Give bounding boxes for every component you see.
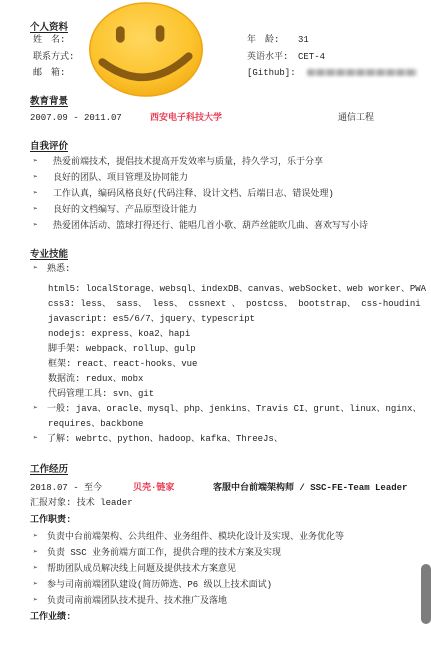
experience-company: 贝壳·链家 <box>133 482 174 494</box>
skills-line-dataflow: 数据流: redux、mobx <box>48 373 143 385</box>
label-contact: 联系方式: <box>33 51 74 63</box>
bullet-icon: ➢ <box>33 595 38 607</box>
smiley-face-emoji <box>87 1 205 98</box>
github-link-redacted[interactable] <box>307 69 417 76</box>
value-age: 31 <box>298 34 309 46</box>
resume-page: 个人资料 姓 名: 联系方式: 邮 箱: 年 龄: 31 英语水平: CET-4… <box>0 0 431 647</box>
skills-line-nodejs: nodejs: express、koa2、hapi <box>48 328 190 340</box>
bullet-icon: ➢ <box>33 220 38 232</box>
scrollbar-thumb[interactable] <box>421 564 431 624</box>
self-eval-item: 热爱团体活动、篮球打得还行、能唱几首小歌、葫芦丝能吹几曲、喜欢写写小诗 <box>53 220 368 232</box>
bullet-icon: ➢ <box>33 156 38 168</box>
duty-item: 帮助团队成员解决线上问题及提供技术方案意见 <box>47 563 236 575</box>
bullet-icon: ➢ <box>33 403 38 415</box>
skills-line-javascript: javascript: es5/6/7、jquery、typescript <box>48 313 255 325</box>
self-eval-item: 良好的文档编写、产品原型设计能力 <box>53 204 197 216</box>
label-name: 姓 名: <box>33 34 65 46</box>
self-eval-item: 热爱前端技术，提倡技术提高开发效率与质量，持久学习，乐于分享 <box>53 156 323 168</box>
education-school: 西安电子科技大学 <box>150 112 222 124</box>
self-eval-item: 良好的团队、项目管理及协同能力 <box>53 172 188 184</box>
label-github: [Github]: <box>247 67 296 79</box>
skills-line-vcs: 代码管理工具: svn、git <box>48 388 154 400</box>
label-age: 年 龄: <box>247 34 279 46</box>
value-english-level: CET-4 <box>298 51 325 63</box>
section-heading-experience: 工作经历 <box>30 464 68 476</box>
bullet-icon: ➢ <box>33 547 38 559</box>
experience-report-line: 汇报对象: 技术 leader <box>30 497 133 509</box>
experience-title: 客服中台前端架构师 / SSC-FE-Team Leader <box>213 482 407 494</box>
section-heading-education: 教育背景 <box>30 96 68 108</box>
bullet-icon: ➢ <box>33 433 38 445</box>
bullet-icon: ➢ <box>33 531 38 543</box>
skills-familiar-label: 熟悉: <box>47 263 70 275</box>
achievements-heading: 工作业绩: <box>30 611 71 623</box>
self-eval-item: 工作认真，编码风格良好(代码注释、设计文档、后端日志、错误处理) <box>53 188 334 200</box>
section-heading-self-evaluation: 自我评价 <box>30 141 68 153</box>
bullet-icon: ➢ <box>33 263 38 275</box>
skills-general: 一般: java、oracle、mysql、php、jenkins、Travis… <box>47 403 421 415</box>
bullet-icon: ➢ <box>33 579 38 591</box>
skills-aware: 了解: webrtc、python、hadoop、kafka、ThreeJs、 <box>47 433 283 445</box>
skills-line-framework: 框架: react、react-hooks、vue <box>48 358 197 370</box>
skills-line-css3: css3: less、 sass、 less、 cssnext 、 postcs… <box>48 298 421 310</box>
section-heading-personal: 个人资料 <box>30 22 68 34</box>
bullet-icon: ➢ <box>33 563 38 575</box>
label-email: 邮 箱: <box>33 67 65 79</box>
duty-item: 负责中台前端架构、公共组件、业务组件、模块化设计及实现、业务优化等 <box>47 531 344 543</box>
education-period: 2007.09 - 2011.07 <box>30 112 122 124</box>
bullet-icon: ➢ <box>33 204 38 216</box>
label-english-level: 英语水平: <box>247 51 288 63</box>
experience-period: 2018.07 - 至今 <box>30 482 102 494</box>
skills-line-scaffold: 脚手架: webpack、rollup、gulp <box>48 343 196 355</box>
skills-line-html5: html5: localStorage、websql、indexDB、canva… <box>48 283 426 295</box>
bullet-icon: ➢ <box>33 172 38 184</box>
section-heading-skills: 专业技能 <box>30 249 68 261</box>
duty-item: 负责 SSC 业务前端方面工作，提供合理的技术方案及实现 <box>47 547 281 559</box>
bullet-icon: ➢ <box>33 188 38 200</box>
skills-general-wrap: requires、backbone <box>48 418 143 430</box>
education-major: 通信工程 <box>338 112 374 124</box>
duty-item: 负责司南前端团队技术提升、技术推广及落地 <box>47 595 227 607</box>
duty-item: 参与司南前端团队建设(简历筛选、P6 级以上技术面试) <box>47 579 272 591</box>
duties-heading: 工作职责: <box>30 514 71 526</box>
